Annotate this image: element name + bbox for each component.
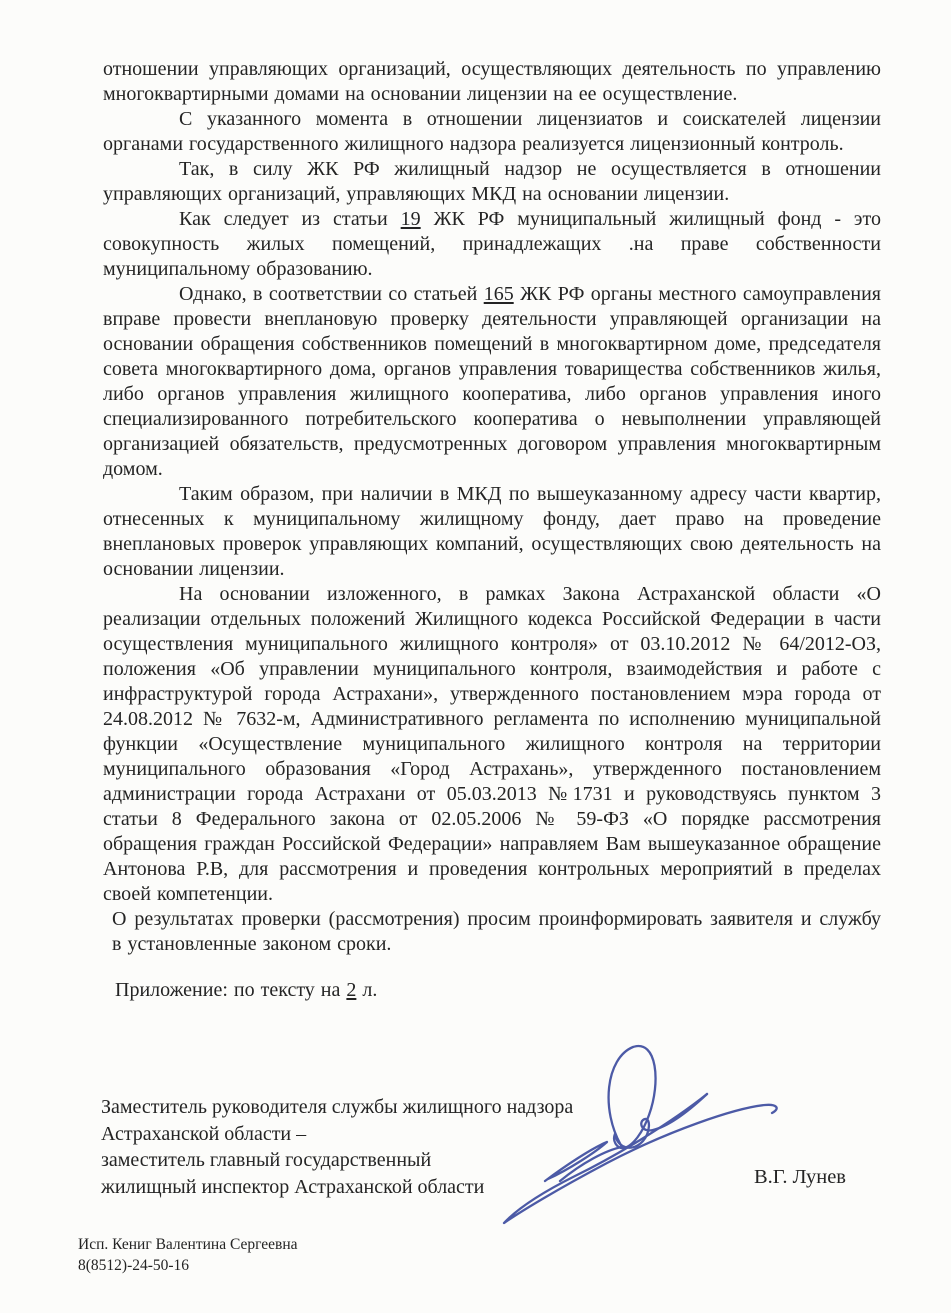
signer-title-line: жилищный инспектор Астраханской области — [101, 1174, 571, 1201]
underlined-article-number: 165 — [484, 283, 514, 305]
paragraph: С указанного момента в отношении лицензи… — [103, 107, 881, 157]
paragraph: О результатах проверки (рассмотрения) пр… — [112, 907, 881, 957]
text-segment: На основании изложенного, в рамках Закон… — [103, 583, 881, 905]
executor-phone: 8(8512)-24-50-16 — [78, 1255, 298, 1276]
text-segment: Приложение: по тексту на — [115, 979, 346, 1001]
text-segment: ЖК РФ органы местного самоуправления впр… — [103, 283, 881, 480]
text-segment: О результатах проверки (рассмотрения) пр… — [112, 908, 881, 955]
text-segment: л. — [356, 979, 377, 1001]
paragraph: На основании изложенного, в рамках Закон… — [103, 582, 881, 907]
executor-name: Исп. Кениг Валентина Сергеевна — [78, 1234, 298, 1255]
text-segment: Так, в силу ЖК РФ жилищный надзор не осу… — [103, 158, 881, 205]
signer-title-line: Заместитель руководителя службы жилищног… — [101, 1094, 571, 1121]
signer-title-line: заместитель главный государственный — [101, 1147, 571, 1174]
text-segment: Таким образом, при наличии в МКД по выше… — [103, 483, 881, 580]
underlined-article-number: 19 — [401, 208, 421, 230]
signer-title-line: Астраханской области – — [101, 1121, 571, 1148]
paragraph: Как следует из статьи 19 ЖК РФ муниципал… — [103, 207, 881, 282]
paragraph: отношении управляющих организаций, осуще… — [103, 57, 881, 107]
document-page: отношении управляющих организаций, осуще… — [0, 0, 951, 1313]
text-segment: Однако, в соответствии со статьей — [179, 283, 484, 305]
executor-footer: Исп. Кениг Валентина Сергеевна 8(8512)-2… — [78, 1234, 298, 1276]
paragraph: Таким образом, при наличии в МКД по выше… — [103, 482, 881, 582]
paragraph: Так, в силу ЖК РФ жилищный надзор не осу… — [103, 157, 881, 207]
text-segment: С указанного момента в отношении лицензи… — [103, 108, 881, 155]
paragraph: Однако, в соответствии со статьей 165 ЖК… — [103, 282, 881, 482]
underlined-page-count: 2 — [346, 979, 356, 1001]
text-segment: отношении управляющих организаций, осуще… — [103, 58, 881, 105]
attachment-line: Приложение: по тексту на 2 л. — [115, 978, 881, 1003]
signer-name: В.Г. Лунев — [754, 1166, 846, 1189]
signature-title-block: Заместитель руководителя службы жилищног… — [101, 1094, 571, 1200]
letter-body: отношении управляющих организаций, осуще… — [103, 57, 881, 1003]
text-segment: Как следует из статьи — [179, 208, 401, 230]
